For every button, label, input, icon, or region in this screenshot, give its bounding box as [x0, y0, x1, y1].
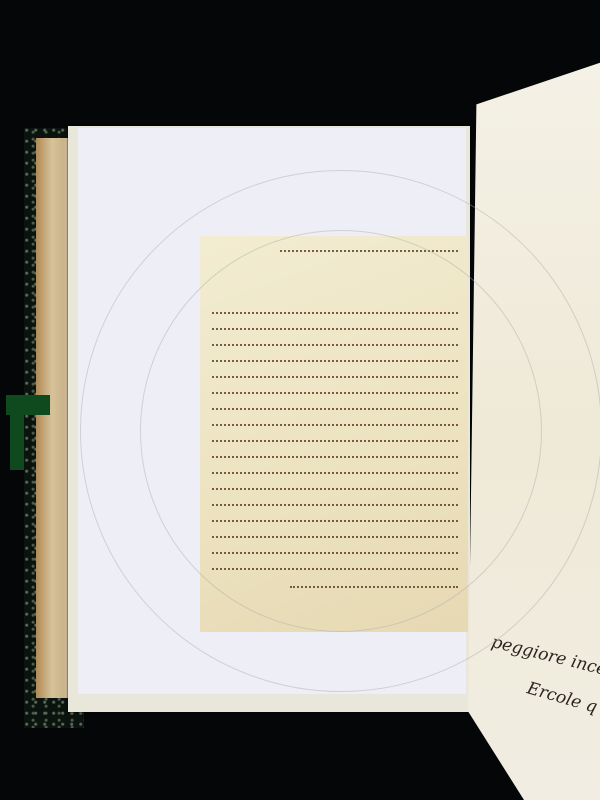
bookmark-ribbon-tail — [10, 410, 24, 470]
watermark-circle-inner — [140, 230, 542, 632]
right-page-line-1: peggiore ince — [489, 632, 600, 680]
right-page-line-2: Ercole q — [525, 678, 600, 717]
